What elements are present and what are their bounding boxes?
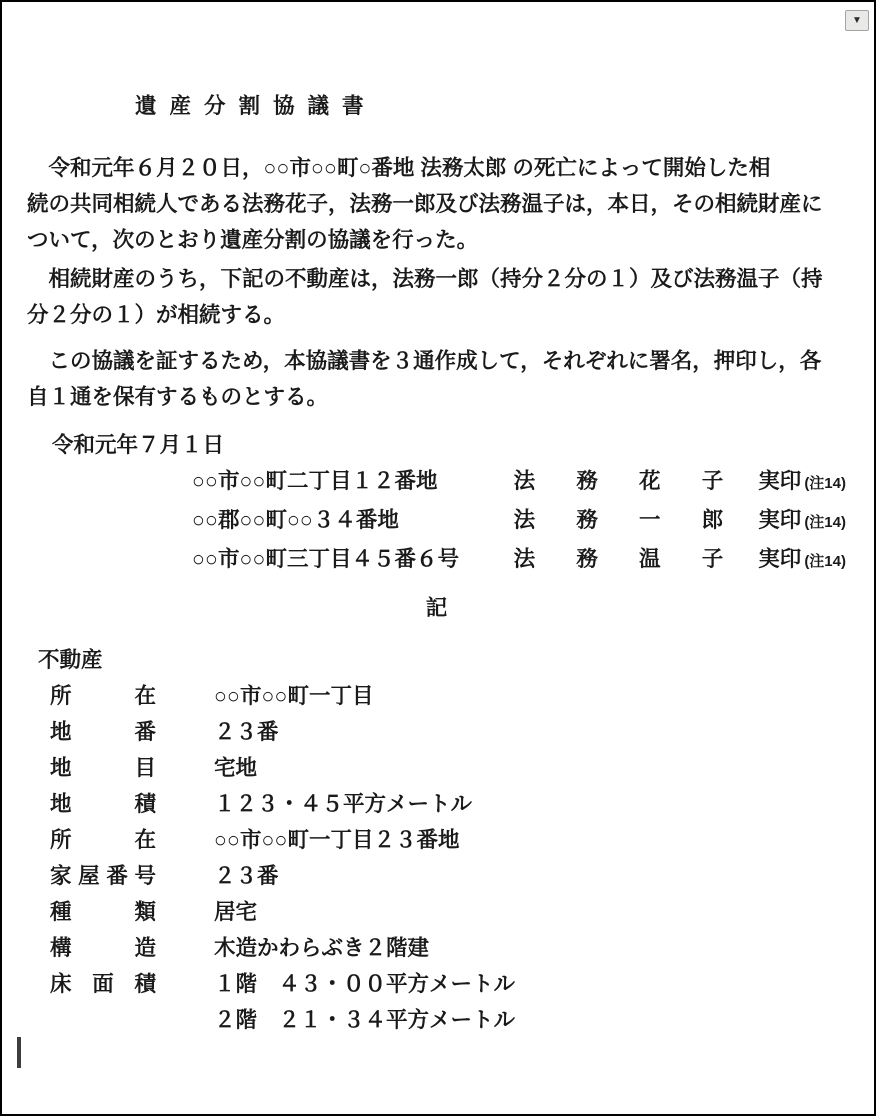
property-label: [50, 1002, 156, 1038]
property-label: 構造: [50, 930, 156, 966]
property-row: 家屋番号 ２３番: [50, 858, 846, 894]
property-label: 種類: [50, 894, 156, 930]
property-row: 構造 木造かわらぶき２階建: [50, 930, 846, 966]
property-label: 床面積: [50, 966, 156, 1002]
property-label: 所在: [50, 678, 156, 714]
property-label: 所在: [50, 822, 156, 858]
property-row: 地積 １２３・４５平方メートル: [50, 786, 846, 822]
paragraph-line: この協議を証するため，本協議書を３通作成して，それぞれに署名，押印し，各: [27, 343, 846, 379]
property-row: 所在 ○○市○○町一丁目: [50, 678, 846, 714]
property-land-group: 所在 ○○市○○町一丁目 地番 ２３番 地目 宅地 地積 １２３・４５平方メート…: [27, 678, 846, 822]
property-value: ○○市○○町一丁目: [214, 678, 373, 714]
date-line: 令和元年７月１日: [52, 427, 846, 463]
property-value: １２３・４５平方メートル: [214, 786, 472, 822]
signature-row: ○○市○○町二丁目１２番地 法務花子 実印 (注14): [192, 463, 846, 502]
document-title: 遺産分割協議書: [135, 88, 846, 124]
signature-address: ○○市○○町二丁目１２番地: [192, 463, 514, 499]
property-value: １階 ４３・００平方メートル: [214, 966, 515, 1002]
property-building-group: 所在 ○○市○○町一丁目２３番地 家屋番号 ２３番 種類 居宅 構造 木造かわら…: [27, 822, 846, 1038]
property-row: 地目 宅地: [50, 750, 846, 786]
paragraph-line: 令和元年６月２０日，○○市○○町○番地 法務太郎 の死亡によって開始した相: [27, 150, 846, 186]
property-value: 木造かわらぶき２階建: [214, 930, 429, 966]
paragraph-line: 続の共同相続人である法務花子，法務一郎及び法務温子は，本日，その相続財産に: [27, 186, 846, 222]
property-value: ２３番: [214, 714, 279, 750]
seal-label: 実印: [758, 502, 801, 538]
property-row: 種類 居宅: [50, 894, 846, 930]
property-label: 家屋番号: [50, 858, 156, 894]
paragraph-line: ついて，次のとおり遺産分割の協議を行った。: [27, 222, 846, 258]
paragraph-line: 相続財産のうち，下記の不動産は，法務一郎（持分２分の１）及び法務温子（持: [27, 261, 846, 297]
seal-note: (注14): [804, 544, 846, 580]
seal-label: 実印: [758, 463, 801, 499]
paragraph-division: 相続財産のうち，下記の不動産は，法務一郎（持分２分の１）及び法務温子（持 分２分…: [27, 261, 846, 333]
signature-block: ○○市○○町二丁目１２番地 法務花子 実印 (注14) ○○郡○○町○○３４番地…: [27, 463, 846, 580]
property-label: 地目: [50, 750, 156, 786]
signature-address: ○○郡○○町○○３４番地: [192, 502, 514, 538]
seal-label: 実印: [758, 541, 801, 577]
property-row: 所在 ○○市○○町一丁目２３番地: [50, 822, 846, 858]
dropdown-button[interactable]: ▼: [845, 10, 869, 31]
dropdown-arrow-icon: ▼: [852, 16, 862, 26]
document-edit-area[interactable]: ▼ 遺産分割協議書 令和元年６月２０日，○○市○○町○番地 法務太郎 の死亡によ…: [0, 0, 876, 1116]
record-heading: 記: [27, 590, 846, 626]
signature-row: ○○市○○町三丁目４５番６号 法務温子 実印 (注14): [192, 541, 846, 580]
paragraph-closing: この協議を証するため，本協議書を３通作成して，それぞれに署名，押印し，各 自１通…: [27, 343, 846, 415]
text-cursor: [17, 1037, 21, 1068]
property-row: 床面積 １階 ４３・００平方メートル: [50, 966, 846, 1002]
property-value: 宅地: [214, 750, 257, 786]
property-row: 地番 ２３番: [50, 714, 846, 750]
property-value: 居宅: [214, 894, 257, 930]
signature-row: ○○郡○○町○○３４番地 法務一郎 実印 (注14): [192, 502, 846, 541]
signature-name: 法務花子: [514, 463, 724, 499]
document-content: 遺産分割協議書 令和元年６月２０日，○○市○○町○番地 法務太郎 の死亡によって…: [2, 88, 874, 1038]
property-heading: 不動産: [38, 642, 846, 678]
paragraph-line: 分２分の１）が相続する。: [27, 297, 846, 333]
seal-note: (注14): [804, 466, 846, 502]
property-value: ○○市○○町一丁目２３番地: [214, 822, 459, 858]
signature-address: ○○市○○町三丁目４５番６号: [192, 541, 514, 577]
signature-name: 法務温子: [514, 541, 724, 577]
property-value: ２３番: [214, 858, 279, 894]
property-label: 地番: [50, 714, 156, 750]
seal-note: (注14): [804, 505, 846, 541]
paragraph-opening: 令和元年６月２０日，○○市○○町○番地 法務太郎 の死亡によって開始した相 続の…: [27, 150, 846, 258]
signature-name: 法務一郎: [514, 502, 724, 538]
property-label: 地積: [50, 786, 156, 822]
property-value: ２階 ２１・３４平方メートル: [214, 1002, 515, 1038]
paragraph-line: 自１通を保有するものとする。: [27, 379, 846, 415]
property-row: ２階 ２１・３４平方メートル: [50, 1002, 846, 1038]
